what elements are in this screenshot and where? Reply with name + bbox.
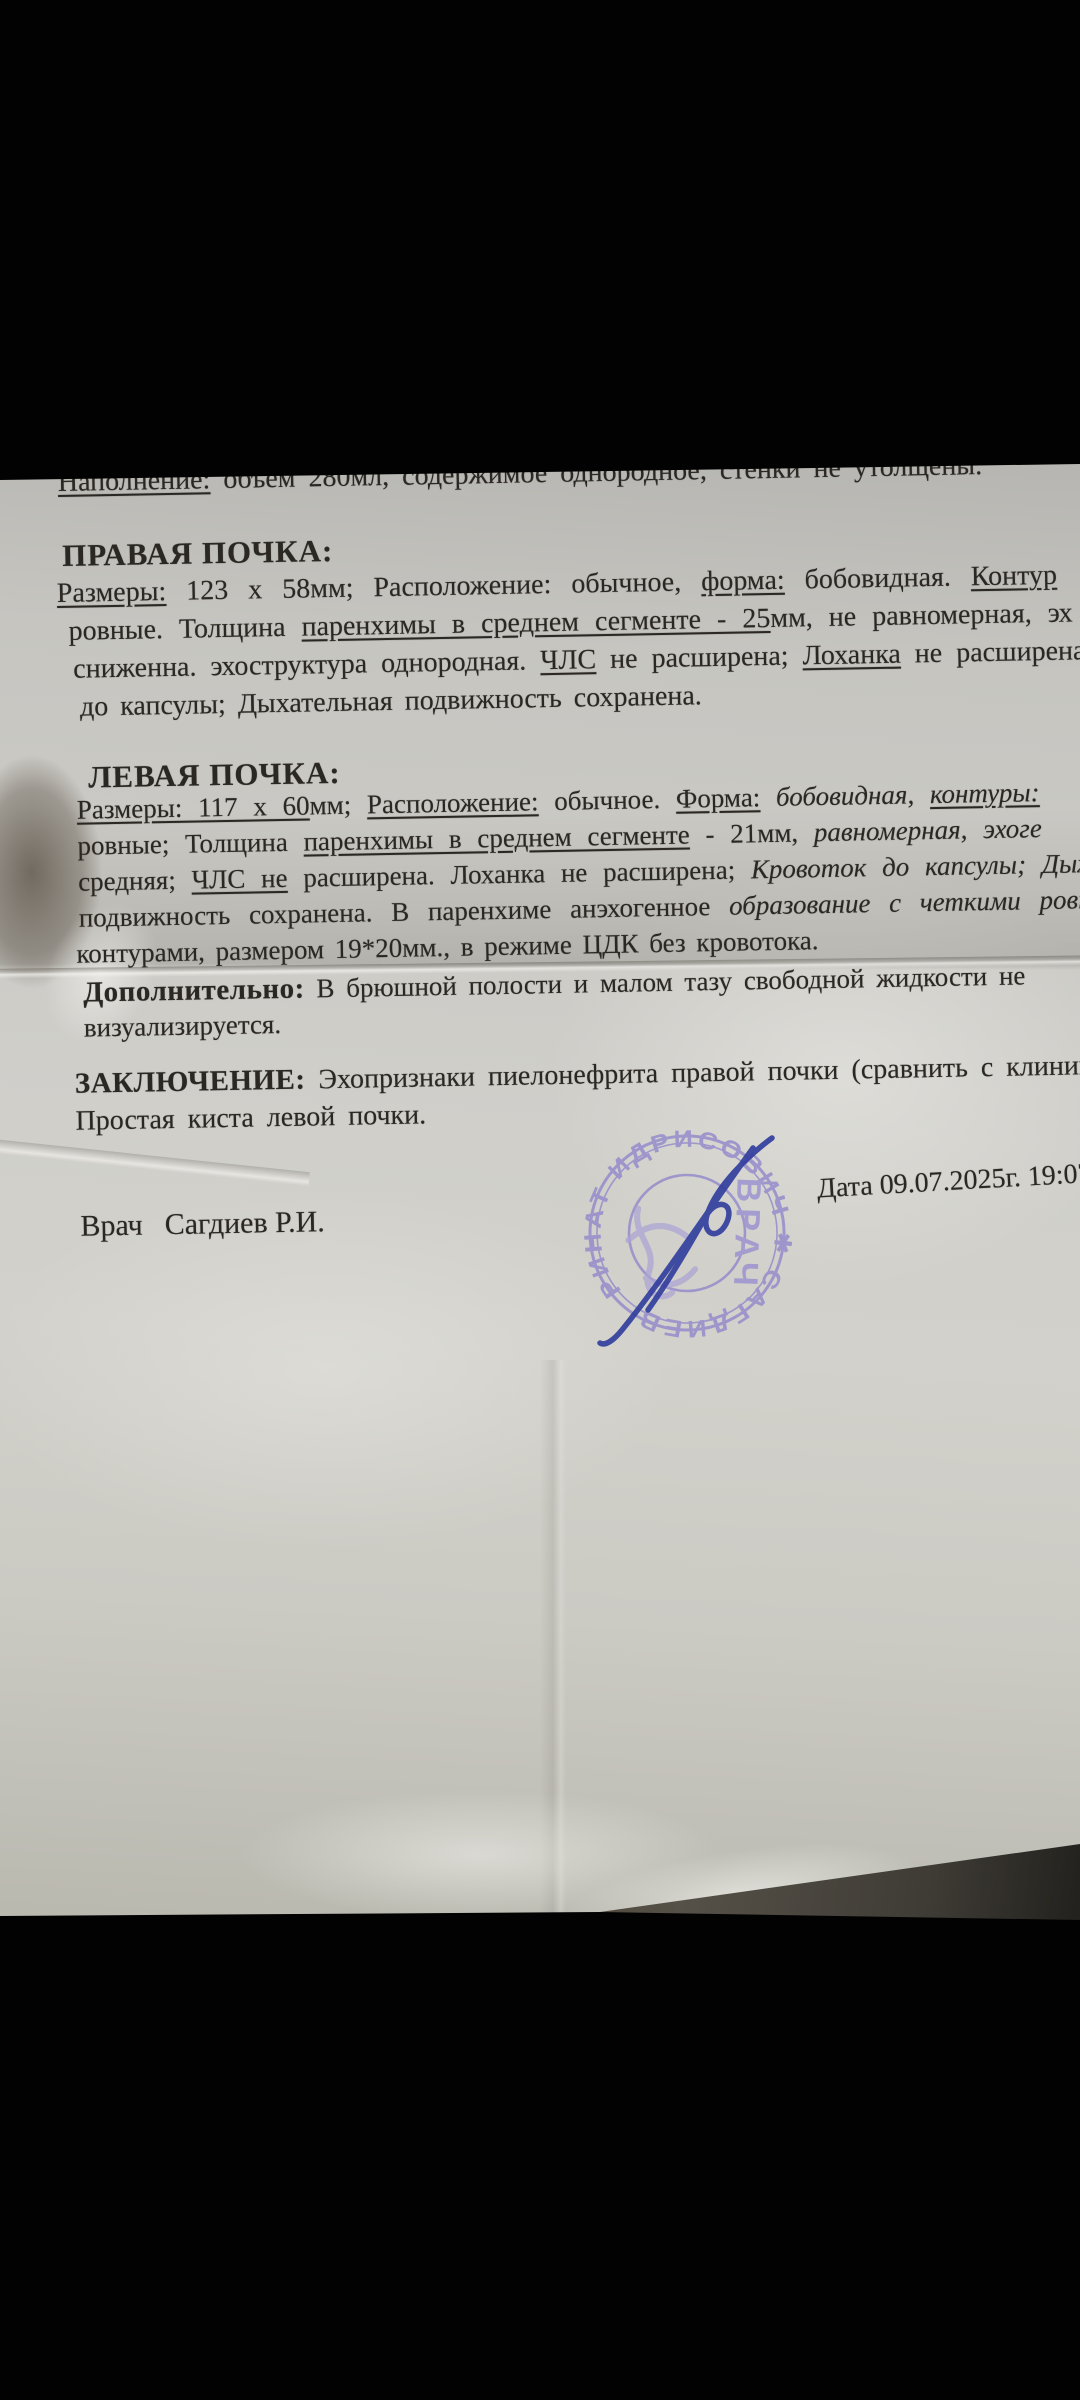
report-text: Наполнение: объем 280мл, содержимое одно… — [0, 460, 1080, 1925]
right-kidney-heading: ПРАВАЯ ПОЧКА: — [62, 533, 334, 574]
doctor-name: Сагдиев Р.И. — [164, 1205, 325, 1241]
report-date: Дата 09.07.2025г. 19:07 — [816, 1158, 1080, 1206]
additional-section: Дополнительно: В брюшной полости и малом… — [83, 958, 1026, 1045]
doctor-signature-line: ВрачСагдиев Р.И. — [80, 1205, 325, 1243]
document-photo[interactable]: Наполнение: объем 280мл, содержимое одно… — [0, 460, 1080, 1925]
doctor-label: Врач — [80, 1209, 143, 1243]
conclusion-section: ЗАКЛЮЧЕНИЕ: Эхопризнаки пиелонефрита пра… — [75, 1046, 1080, 1139]
right-kidney-text: Размеры: 123 х 58мм; Расположение: обычн… — [57, 556, 1080, 727]
phone-screen: Наполнение: объем 280мл, содержимое одно… — [0, 0, 1080, 2400]
left-kidney-text: Размеры: 117 х 60мм; Расположение: обычн… — [77, 772, 1080, 971]
